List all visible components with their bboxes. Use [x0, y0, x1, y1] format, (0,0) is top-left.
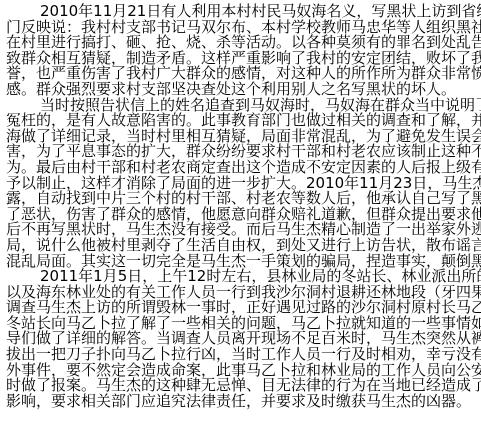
document-body: 2010年11月21日有人利用本村村民马奴海名义，写黑状上访到省级有关部 门反映…: [6, 4, 478, 409]
paragraph-2: 当时按照告状信上的姓名追查到马奴海时，马奴海在群众当中说明了他是被 冤枉的，是有…: [6, 98, 478, 270]
paragraph-3: 2011年1月5日，上午12时左右，县林业局的冬站长、林业派出所的金所长 以及海…: [6, 269, 478, 409]
text-line: 影响，要求相关部门应追究法律责任，并要求及时缴获马生杰的凶器。: [6, 394, 478, 410]
paragraph-1: 2010年11月21日有人利用本村村民马奴海名义，写黑状上访到省级有关部 门反映…: [6, 4, 478, 98]
